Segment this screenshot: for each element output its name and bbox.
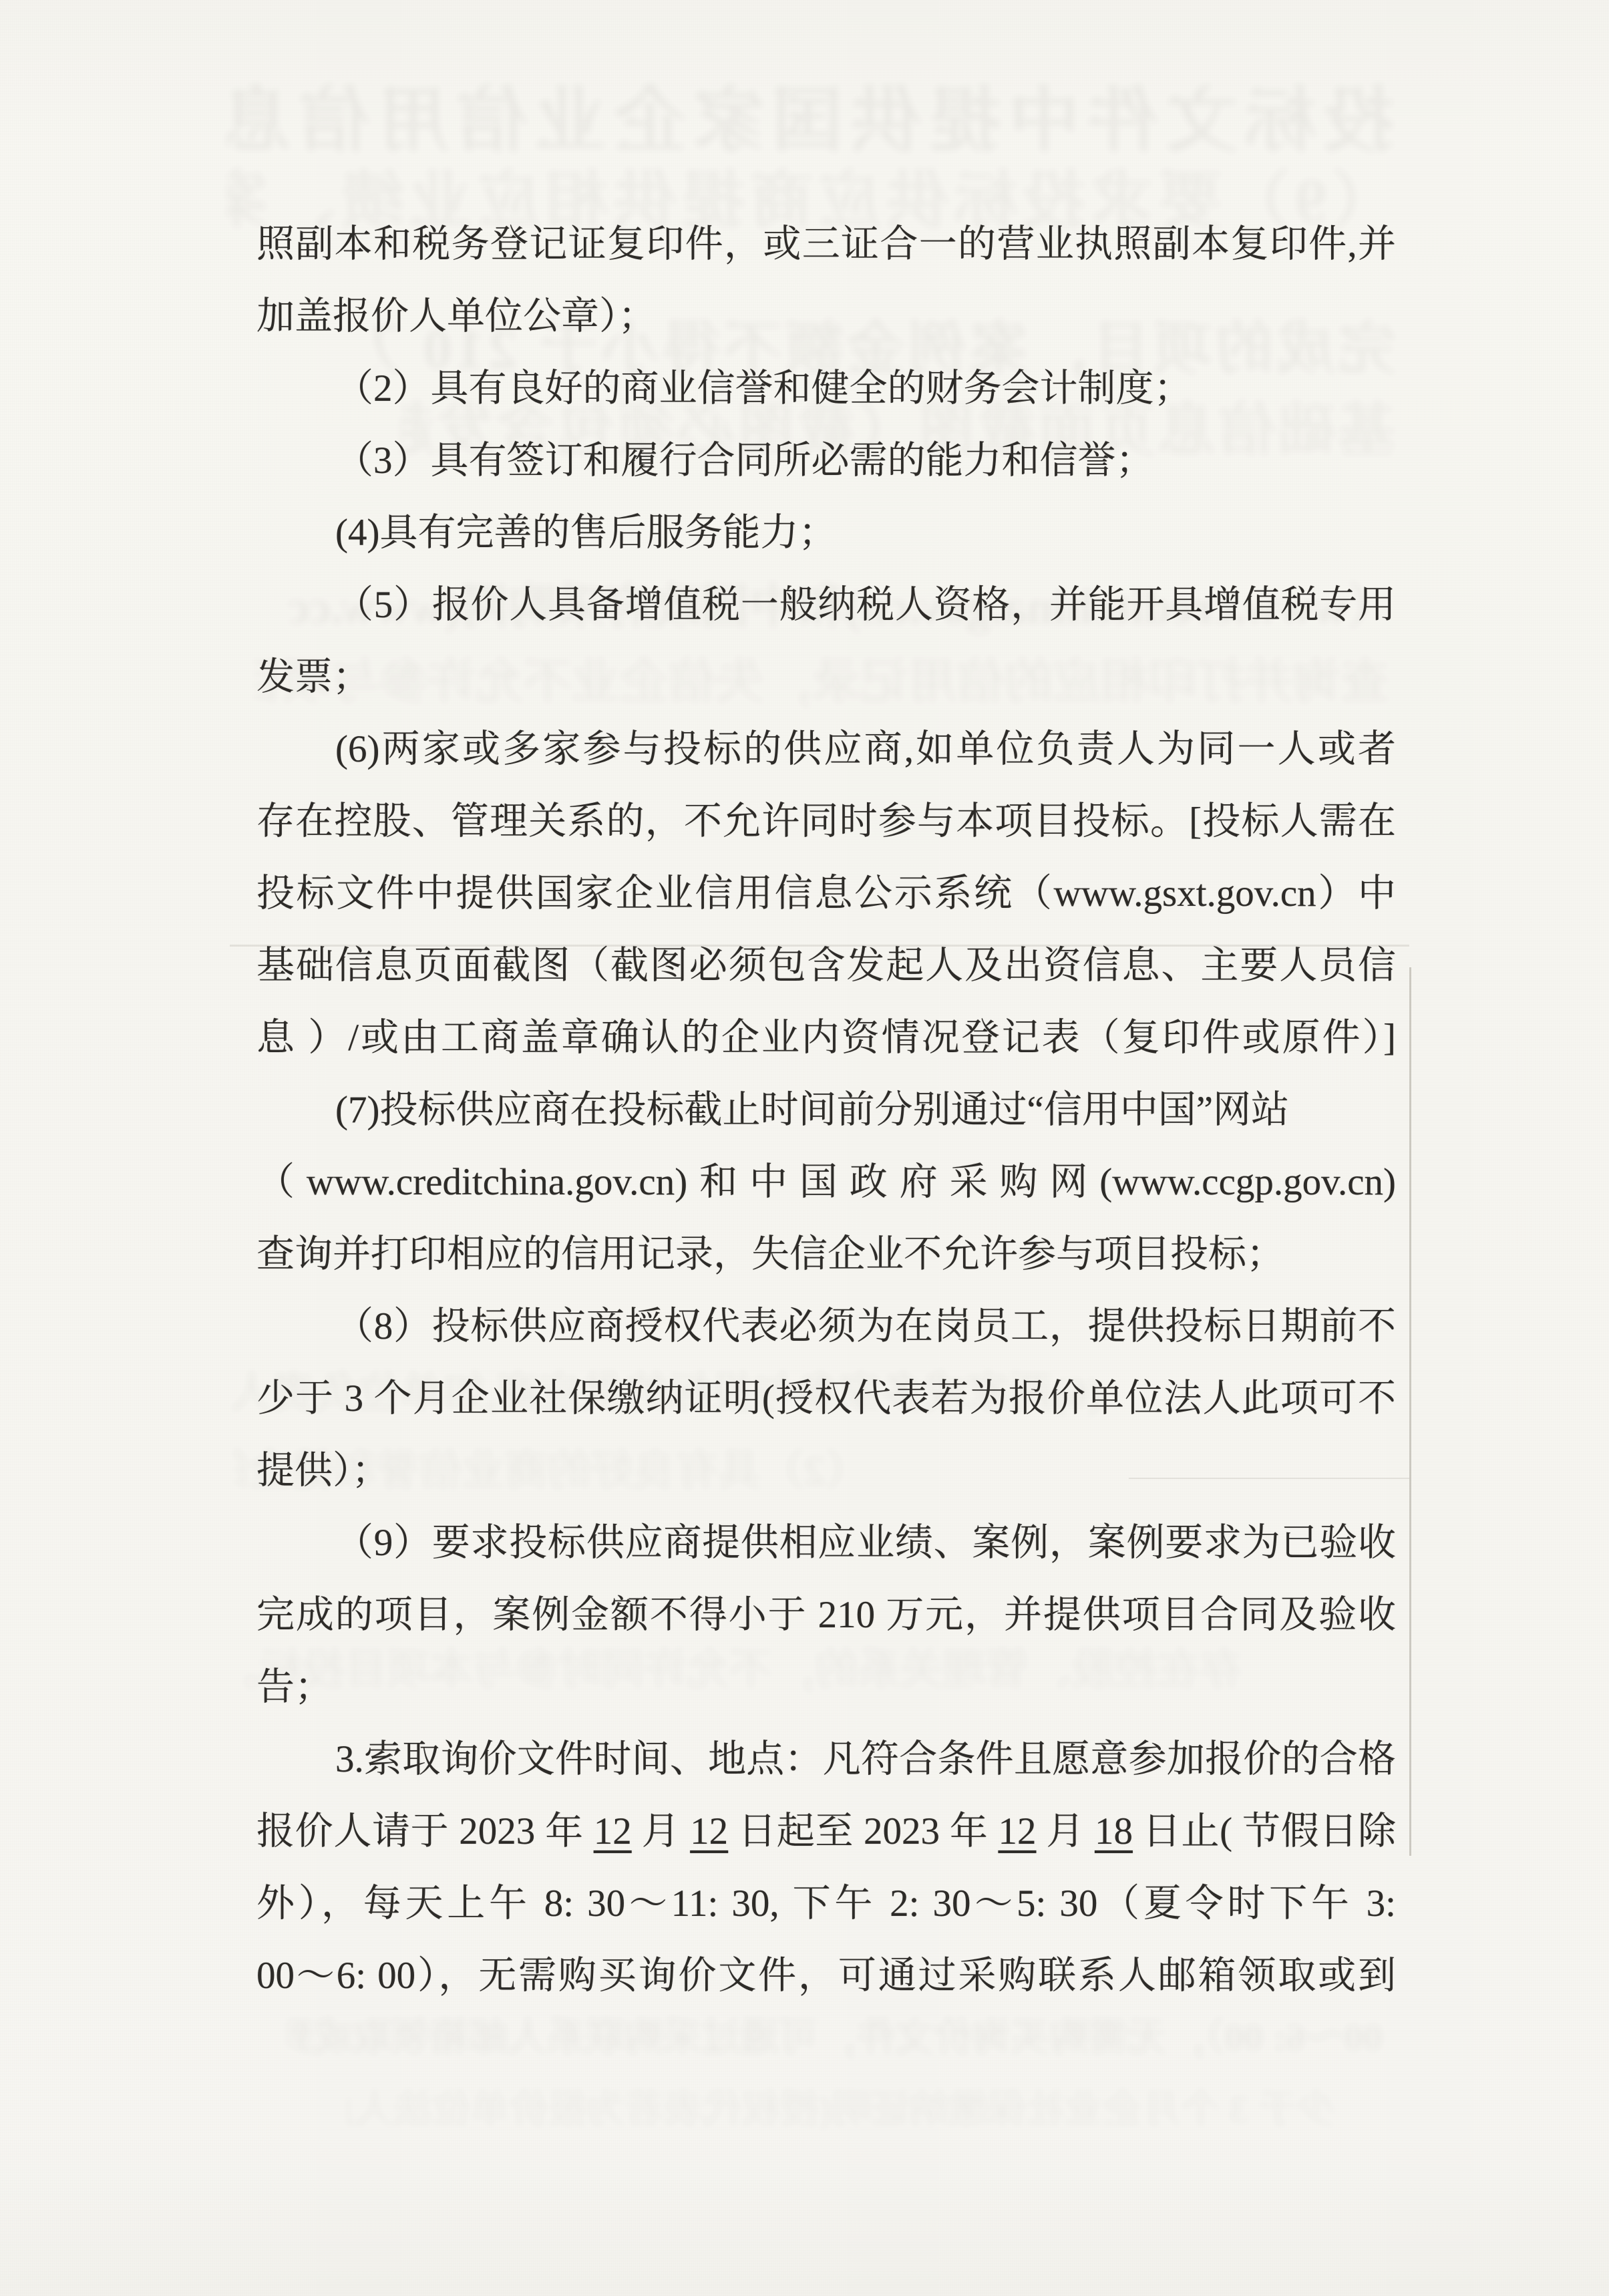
bleedthrough-ghost: 投标文件中提供国家企业信用信息公示系统（www.gsxt.gov.cn）中 bbox=[227, 64, 1395, 164]
line-text-segment: 报价人请于 2023 年 bbox=[256, 1810, 594, 1852]
document-line: （5）报价人具备增值税一般纳税人资格，并能开具增值税专用 bbox=[256, 569, 1396, 641]
document-line: 存在控股、管理关系的，不允许同时参与本项目投标。[投标人需在 bbox=[256, 786, 1396, 858]
line-text-segment: 月 bbox=[632, 1810, 690, 1852]
document-line: 照副本和税务登记证复印件，或三证合一的营业执照副本复印件,并 bbox=[256, 208, 1396, 281]
document-line: (6)两家或多家参与投标的供应商,如单位负责人为同一人或者 bbox=[256, 713, 1396, 786]
line-text-segment: 日止( 节假日除 bbox=[1133, 1810, 1396, 1852]
document-line: 发票； bbox=[256, 641, 1396, 713]
document-line: 完成的项目，案例金额不得小于 210 万元，并提供项目合同及验收报 bbox=[256, 1579, 1396, 1651]
document-line: 告； bbox=[256, 1651, 1396, 1724]
document-line: 加盖报价人单位公章）； bbox=[256, 281, 1396, 353]
document-line: (7)投标供应商在投标截止时间前分别通过“信用中国”网站 bbox=[256, 1074, 1396, 1146]
document-line: （www.creditchina.gov.cn)和中国政府采购网(www.ccg… bbox=[256, 1146, 1396, 1218]
scanned-page: 投标文件中提供国家企业信用信息公示系统（www.gsxt.gov.cn）中 （9… bbox=[0, 0, 1609, 2296]
document-line: （8）投标供应商授权代表必须为在岗员工，提供投标日期前不 bbox=[256, 1291, 1396, 1363]
document-line: 查询并打印相应的信用记录，失信企业不允许参与项目投标； bbox=[256, 1218, 1396, 1291]
document-line: 息 ）/或由工商盖章确认的企业内资情况登记表（复印件或原件）] bbox=[256, 1002, 1396, 1074]
document-line: 投标文件中提供国家企业信用信息公示系统（www.gsxt.gov.cn）中 bbox=[256, 858, 1396, 930]
document-line: （3）具有签订和履行合同所必需的能力和信誉； bbox=[256, 425, 1396, 497]
document-body: 照副本和税务登记证复印件，或三证合一的营业执照副本复印件,并加盖报价人单位公章）… bbox=[256, 208, 1396, 2012]
underlined-date-number: 18 bbox=[1095, 1810, 1133, 1852]
document-line: 00～6: 00），无需购买询价文件，可通过采购联系人邮箱领取或到 bbox=[256, 1940, 1396, 2012]
underlined-date-number: 12 bbox=[594, 1810, 632, 1852]
scan-artifact-vertical-line bbox=[1409, 967, 1411, 1856]
document-line: （2）具有良好的商业信誉和健全的财务会计制度； bbox=[256, 353, 1396, 425]
document-line: 基础信息页面截图（截图必须包含发起人及出资信息、主要人员信 bbox=[256, 930, 1396, 1002]
bleedthrough-ghost: 00～6: 00），无需购买询价文件，可通过采购联系人邮箱领取或到 bbox=[287, 2005, 1383, 2067]
document-line: 少于 3 个月企业社保缴纳证明(授权代表若为报价单位法人此项可不 bbox=[256, 1363, 1396, 1435]
document-line: 报价人请于 2023 年 12 月 12 日起至 2023 年 12 月 18 … bbox=[256, 1796, 1396, 1868]
line-text-segment: 月 bbox=[1036, 1810, 1094, 1852]
bleedthrough-ghost: 少于 3 个月企业社保缴纳证明(授权代表若为报价单位法人此项可不 bbox=[347, 2078, 1336, 2139]
document-line: 外），每天上午 8: 30～11: 30, 下午 2: 30～5: 30（夏令时… bbox=[256, 1868, 1396, 1940]
document-line: 3.索取询价文件时间、地点：凡符合条件且愿意参加报价的合格 bbox=[256, 1724, 1396, 1796]
document-line: （9）要求投标供应商提供相应业绩、案例，案例要求为已验收 bbox=[256, 1507, 1396, 1579]
underlined-date-number: 12 bbox=[998, 1810, 1036, 1852]
document-line: (4)具有完善的售后服务能力； bbox=[256, 497, 1396, 569]
underlined-date-number: 12 bbox=[690, 1810, 728, 1852]
line-text-segment: 日起至 2023 年 bbox=[728, 1810, 998, 1852]
document-line: 提供）； bbox=[256, 1435, 1396, 1507]
